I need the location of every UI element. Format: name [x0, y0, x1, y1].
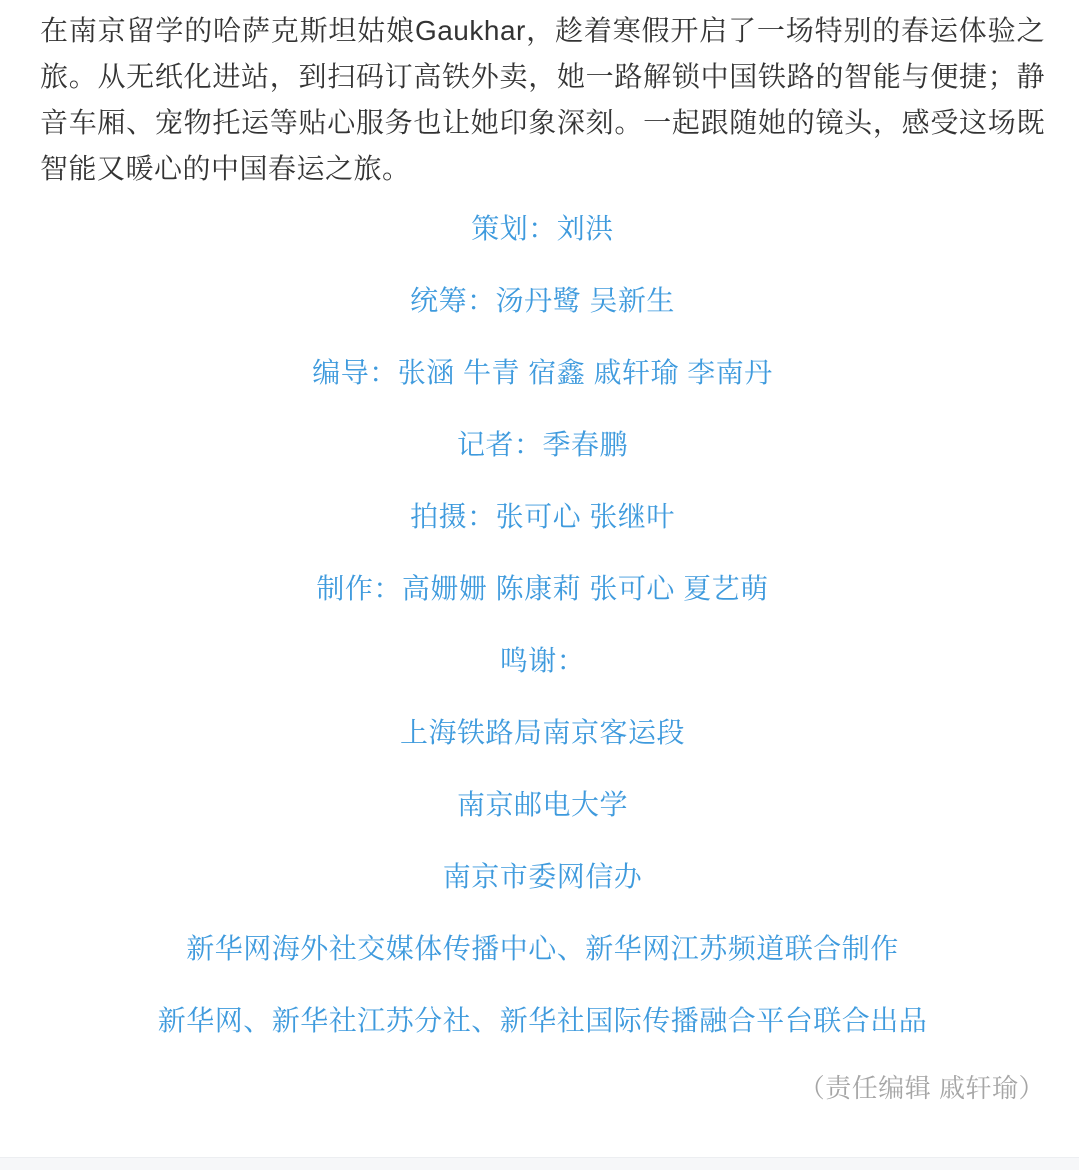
article-paragraph: 在南京留学的哈萨克斯坦姑娘Gaukhar，趁着寒假开启了一场特别的春运体验之旅。… — [40, 8, 1045, 192]
article-body: 在南京留学的哈萨克斯坦姑娘Gaukhar，趁着寒假开启了一场特别的春运体验之旅。… — [0, 0, 1079, 1106]
credit-line-acknowledgement-university: 南京邮电大学 — [40, 782, 1045, 827]
credit-line-production: 制作：高姗姗 陈康莉 张可心 夏艺萌 — [40, 566, 1045, 611]
credit-line-joint-production: 新华网海外社交媒体传播中心、新华网江苏频道联合制作 — [40, 926, 1045, 971]
credit-line-coordinator: 统筹：汤丹鹭 吴新生 — [40, 278, 1045, 323]
credit-line-directors: 编导：张涵 牛青 宿鑫 戚轩瑜 李南丹 — [40, 350, 1045, 395]
credit-line-acknowledgement-cyberspace-office: 南京市委网信办 — [40, 854, 1045, 899]
credit-line-acknowledgement-label: 鸣谢： — [40, 638, 1045, 683]
credit-line-reporter: 记者：季春鹏 — [40, 422, 1045, 467]
credit-line-camera: 拍摄：张可心 张继叶 — [40, 494, 1045, 539]
credit-line-joint-presentation: 新华网、新华社江苏分社、新华社国际传播融合平台联合出品 — [40, 998, 1045, 1043]
footer-strip — [0, 1157, 1079, 1170]
credit-line-planner: 策划：刘洪 — [40, 206, 1045, 251]
credit-line-acknowledgement-railway: 上海铁路局南京客运段 — [40, 710, 1045, 755]
article-page: 在南京留学的哈萨克斯坦姑娘Gaukhar，趁着寒假开启了一场特别的春运体验之旅。… — [0, 0, 1079, 1170]
responsible-editor-note: （责任编辑 戚轩瑜） — [40, 1070, 1045, 1106]
